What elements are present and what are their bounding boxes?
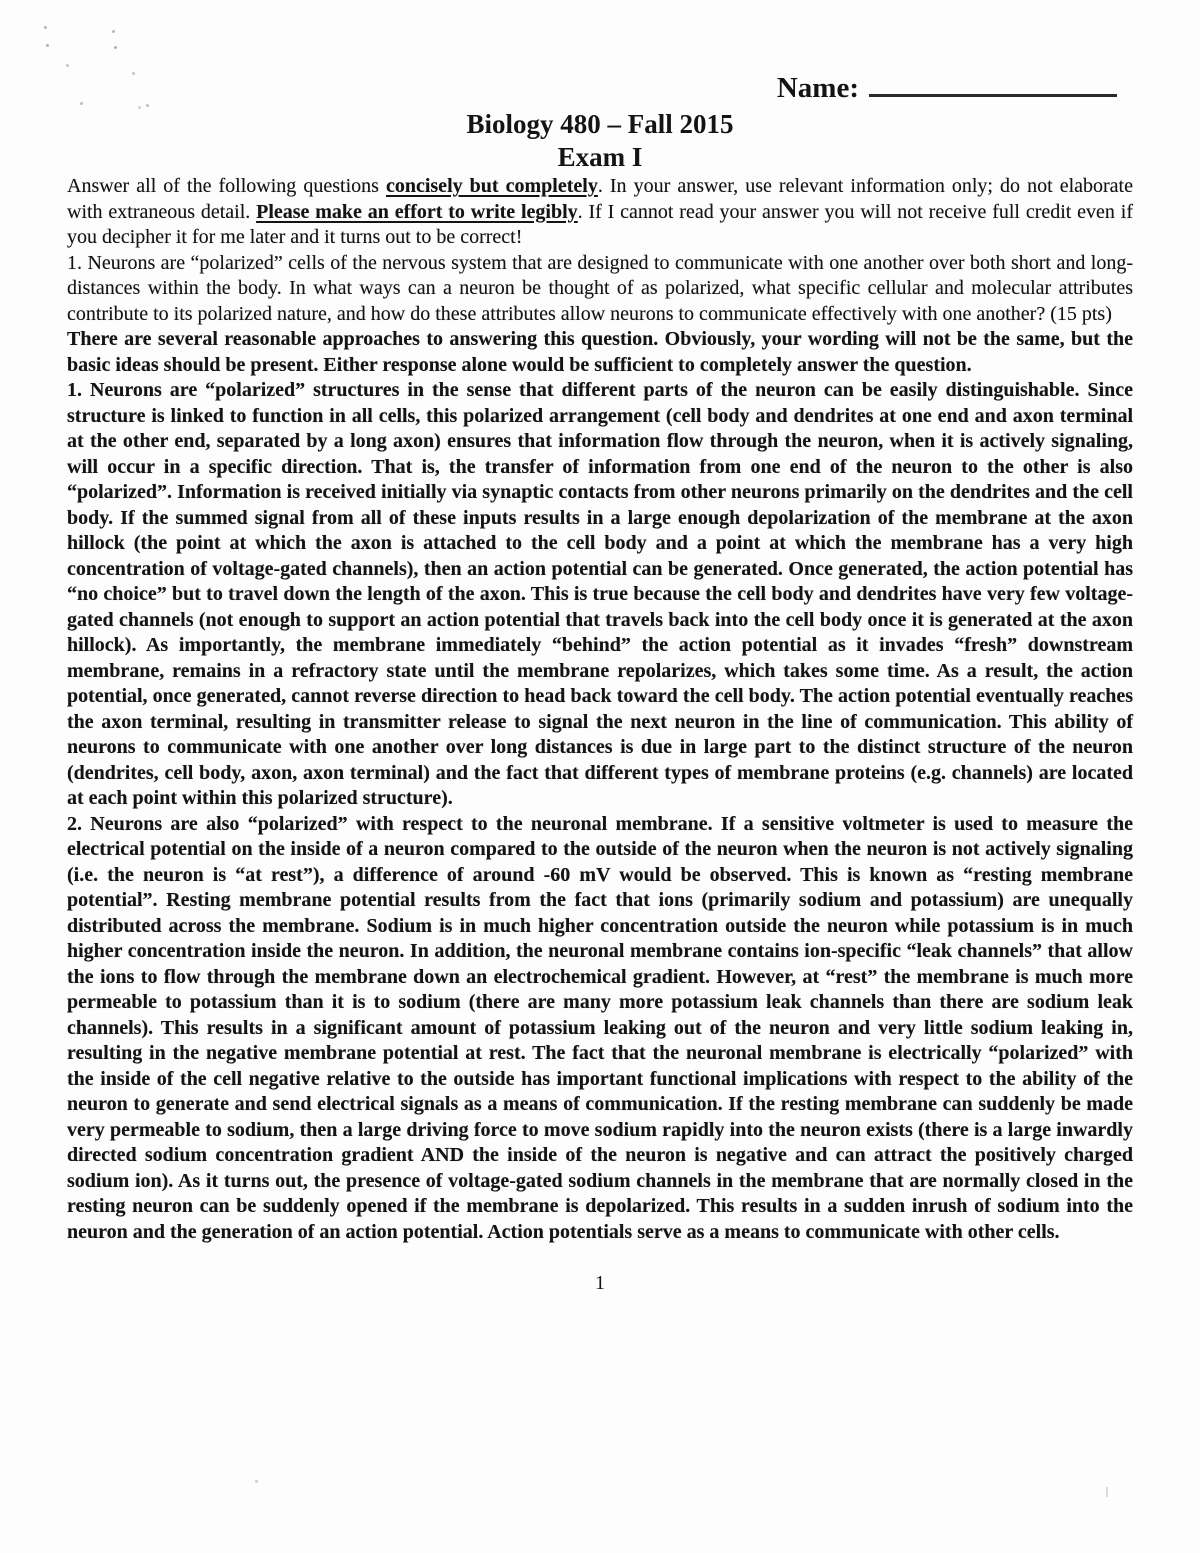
instructions-emphasis-concisely: concisely but completely: [386, 175, 598, 197]
scan-speckle: [44, 26, 47, 29]
course-title: Biology 480 – Fall 2015: [67, 108, 1133, 141]
exam-page: Name: Biology 480 – Fall 2015 Exam I Ans…: [0, 0, 1200, 1553]
grading-note: There are several reasonable approaches …: [67, 327, 1133, 378]
scan-speckle: [1106, 1487, 1108, 1497]
instructions-emphasis-legibly: Please make an effort to write legibly: [256, 201, 578, 223]
exam-title: Exam I: [67, 141, 1133, 174]
scan-speckle: [255, 1480, 258, 1483]
name-row: Name:: [67, 68, 1133, 106]
name-blank-line: [869, 68, 1117, 97]
title-block: Biology 480 – Fall 2015 Exam I: [67, 108, 1133, 174]
name-label: Name:: [777, 72, 859, 104]
scan-speckle: [112, 30, 115, 33]
model-answer-1: 1. Neurons are “polarized” structures in…: [67, 378, 1133, 812]
page-number: 1: [67, 1272, 1133, 1295]
exam-instructions: Answer all of the following questions co…: [67, 174, 1133, 251]
instructions-part1: Answer all of the following questions: [67, 175, 386, 197]
model-answer-2: 2. Neurons are also “polarized” with res…: [67, 812, 1133, 1246]
question-1: 1. Neurons are “polarized” cells of the …: [67, 251, 1133, 328]
